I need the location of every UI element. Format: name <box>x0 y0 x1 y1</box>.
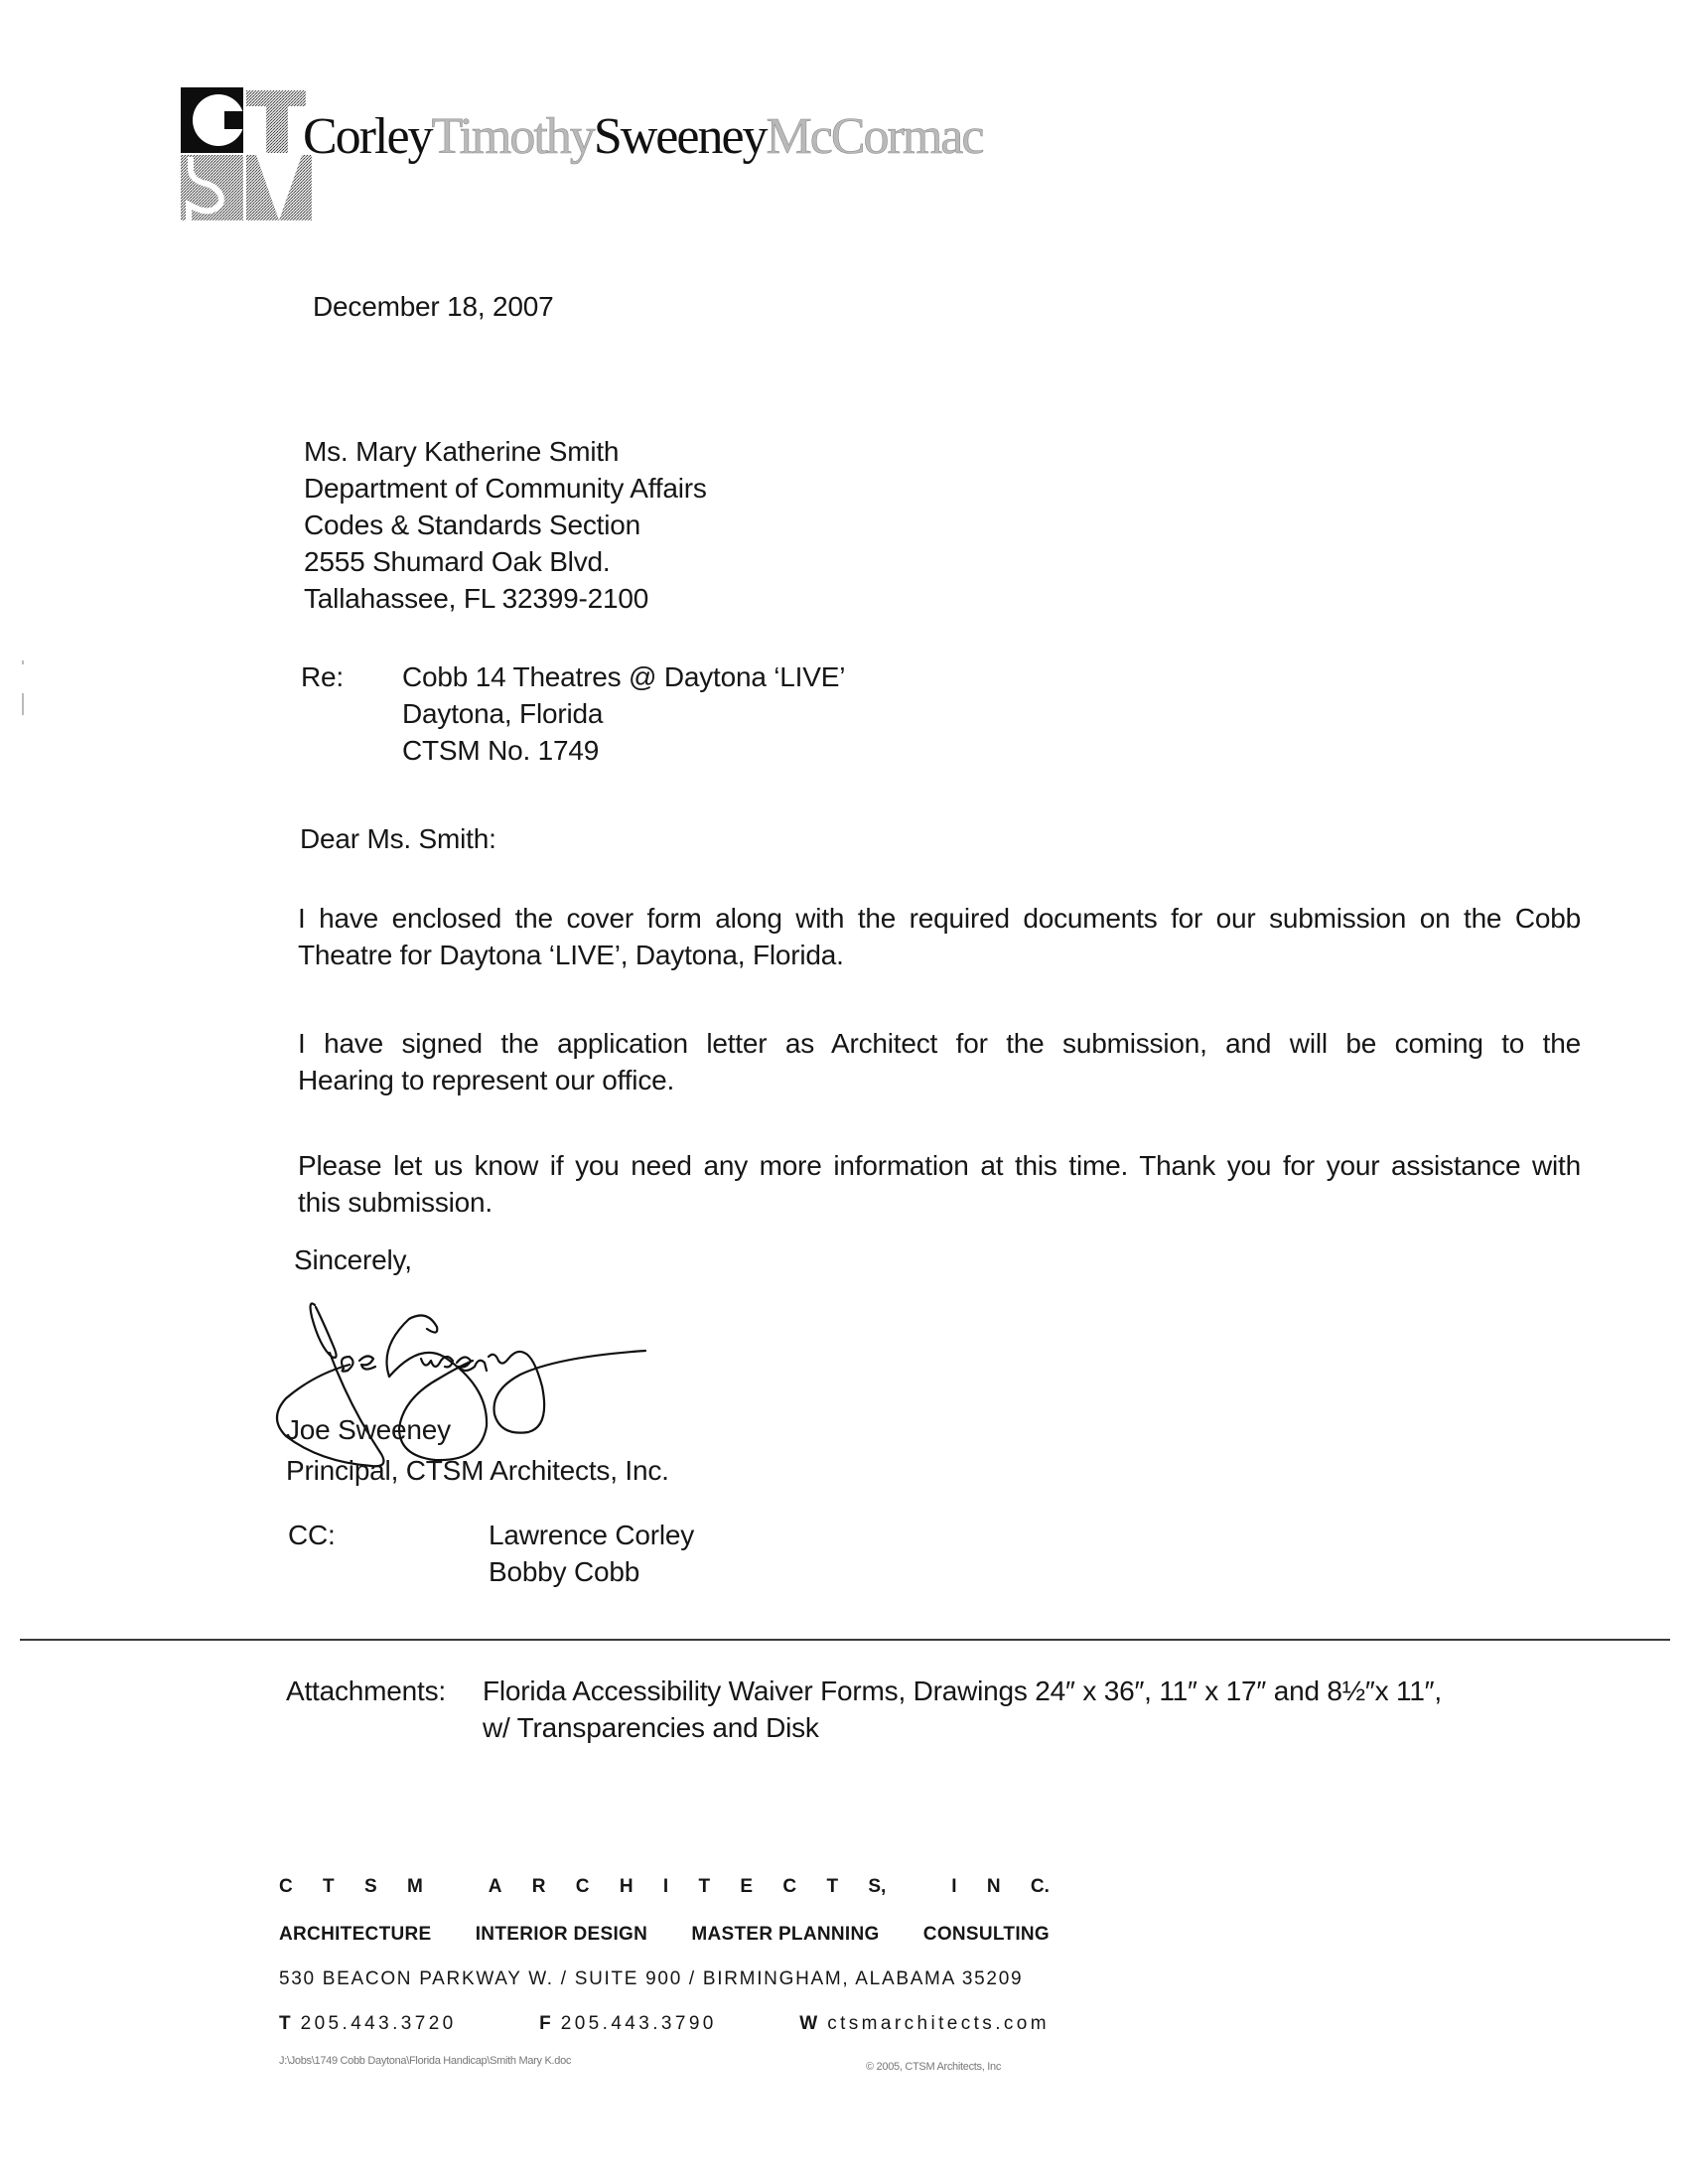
footer-company-letter <box>453 1876 458 1898</box>
footer-contacts: T205.443.3720 F205.443.3790 Wctsmarchite… <box>279 2013 1050 2035</box>
footer-company-name: CTSM ARCHITECTS, INC. <box>279 1876 1050 1898</box>
recipient-address: Ms. Mary Katherine Smith Department of C… <box>304 433 707 617</box>
paragraph-line: Hearing to represent our office. <box>298 1062 1581 1098</box>
attachments-value: Florida Accessibility Waiver Forms, Draw… <box>483 1673 1442 1746</box>
subject-project: Cobb 14 Theatres @ Daytona ‘LIVE’ <box>402 658 845 695</box>
footer-company-letter: C <box>782 1876 796 1898</box>
recipient-department: Department of Community Affairs <box>304 470 707 507</box>
body-paragraph: I have signed the application letter as … <box>298 1025 1581 1098</box>
paragraph-line: this submission. <box>298 1184 1581 1221</box>
subject-label: Re: <box>301 658 344 695</box>
subject-location: Daytona, Florida <box>402 695 845 732</box>
cc-label: CC: <box>288 1517 336 1553</box>
footer-company-letter: M <box>407 1876 423 1898</box>
paragraph-line: I have enclosed the cover form along wit… <box>298 900 1581 937</box>
wordmark-mccormac: McCormac <box>767 108 983 165</box>
letter-date: December 18, 2007 <box>313 288 554 325</box>
footer-company-letter: T <box>826 1876 838 1898</box>
divider-line <box>20 1639 1670 1641</box>
footer-company-letter: C <box>576 1876 590 1898</box>
wordmark-corley: Corley <box>303 108 432 165</box>
recipient-name: Ms. Mary Katherine Smith <box>304 433 707 470</box>
footer-service: INTERIOR DESIGN <box>476 1924 647 1946</box>
paragraph-line: Please let us know if you need any more … <box>298 1147 1581 1184</box>
attachments-label: Attachments: <box>286 1673 446 1709</box>
footer-company-letter: S, <box>868 1876 886 1898</box>
scan-artifact <box>22 660 24 664</box>
footer-company-letter: I <box>951 1876 956 1898</box>
recipient-city: Tallahassee, FL 32399-2100 <box>304 580 707 617</box>
footer-service: CONSULTING <box>923 1924 1050 1946</box>
footer-company-letter: I <box>663 1876 668 1898</box>
scan-artifact <box>22 693 24 715</box>
footer-fax: F205.443.3790 <box>539 2013 717 2035</box>
footer-website: Wctsmarchitects.com <box>799 2013 1050 2035</box>
footer-company-letter: E <box>740 1876 753 1898</box>
footer-company-letter: A <box>489 1876 502 1898</box>
footer-company-letter: T <box>323 1876 335 1898</box>
footer-company-letter: R <box>532 1876 546 1898</box>
wordmark-timothy: Timothy <box>432 108 594 165</box>
footer-copyright: © 2005, CTSM Architects, Inc <box>866 2061 1001 2073</box>
subject-lines: Cobb 14 Theatres @ Daytona ‘LIVE’ Dayton… <box>402 658 845 769</box>
footer-phone: T205.443.3720 <box>279 2013 457 2035</box>
footer-company-letter: T <box>698 1876 710 1898</box>
recipient-section: Codes & Standards Section <box>304 507 707 543</box>
body-paragraph: Please let us know if you need any more … <box>298 1147 1581 1221</box>
footer-company-letter: H <box>620 1876 633 1898</box>
footer-company-letter: N <box>987 1876 1001 1898</box>
wordmark-sweeney: Sweeney <box>594 108 767 165</box>
footer-service: MASTER PLANNING <box>691 1924 879 1946</box>
attachments-line: Florida Accessibility Waiver Forms, Draw… <box>483 1673 1442 1709</box>
signer-title: Principal, CTSM Architects, Inc. <box>286 1452 669 1489</box>
footer-address: 530 BEACON PARKWAY W. / SUITE 900 / BIRM… <box>279 1968 1050 1990</box>
body-paragraph: I have enclosed the cover form along wit… <box>298 900 1581 973</box>
footer-company-letter: S <box>364 1876 377 1898</box>
paragraph-line: Theatre for Daytona ‘LIVE’, Daytona, Flo… <box>298 937 1581 973</box>
salutation: Dear Ms. Smith: <box>300 820 496 857</box>
footer-company-letter: C <box>279 1876 293 1898</box>
closing: Sincerely, <box>294 1241 412 1278</box>
recipient-street: 2555 Shumard Oak Blvd. <box>304 543 707 580</box>
footer-services: ARCHITECTURE INTERIOR DESIGN MASTER PLAN… <box>279 1924 1050 1946</box>
footer-service: ARCHITECTURE <box>279 1924 432 1946</box>
cc-list: Lawrence Corley Bobby Cobb <box>489 1517 694 1590</box>
cc-recipient: Bobby Cobb <box>489 1553 694 1590</box>
footer-company-letter: C. <box>1031 1876 1050 1898</box>
signer-name: Joe Sweeney <box>286 1411 451 1448</box>
attachments-line: w/ Transparencies and Disk <box>483 1709 1442 1746</box>
subject-project-number: CTSM No. 1749 <box>402 732 845 769</box>
firm-wordmark: CorleyTimothySweeneyMcCormac <box>303 107 982 167</box>
paragraph-line: I have signed the application letter as … <box>298 1025 1581 1062</box>
ctsm-logo <box>181 87 312 220</box>
cc-recipient: Lawrence Corley <box>489 1517 694 1553</box>
footer-company-letter <box>916 1876 921 1898</box>
